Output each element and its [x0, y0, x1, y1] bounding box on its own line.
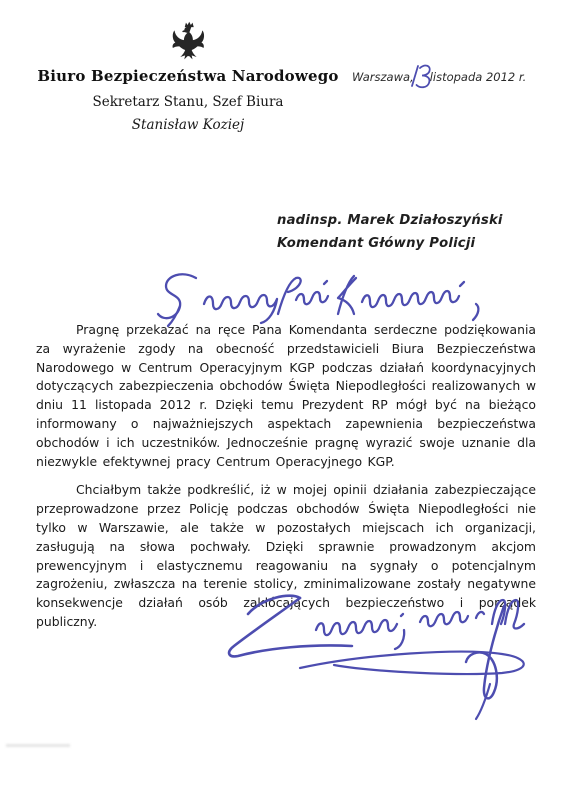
polish-eagle-emblem-icon — [170, 20, 206, 62]
scan-smudge — [6, 744, 70, 747]
recipient-title: Komendant Główny Policji — [277, 232, 503, 255]
recipient-name: nadinsp. Marek Działoszyński — [277, 209, 503, 232]
org-name: Biuro Bezpieczeństwa Narodowego — [28, 67, 348, 85]
org-title: Sekretarz Stanu, Szef Biura — [28, 94, 348, 110]
dateline-city: Warszawa, — [352, 70, 414, 84]
dateline-date: listopada 2012 r. — [430, 70, 527, 84]
body-paragraph-2: Chciałbym także podkreślić, iż w mojej o… — [36, 481, 536, 631]
handwritten-day-13 — [410, 62, 432, 90]
recipient-block: nadinsp. Marek Działoszyński Komendant G… — [277, 209, 503, 255]
org-person-name: Stanisław Koziej — [28, 117, 348, 133]
body-paragraph-1: Pragnę przekazać na ręce Pana Komendanta… — [36, 321, 536, 471]
letter-page: Biuro Bezpieczeństwa Narodowego Sekretar… — [0, 0, 566, 800]
letter-body: Pragnę przekazać na ręce Pana Komendanta… — [36, 321, 536, 632]
dateline: Warszawa, listopada 2012 r. — [352, 62, 526, 90]
letterhead: Biuro Bezpieczeństwa Narodowego Sekretar… — [28, 20, 348, 133]
